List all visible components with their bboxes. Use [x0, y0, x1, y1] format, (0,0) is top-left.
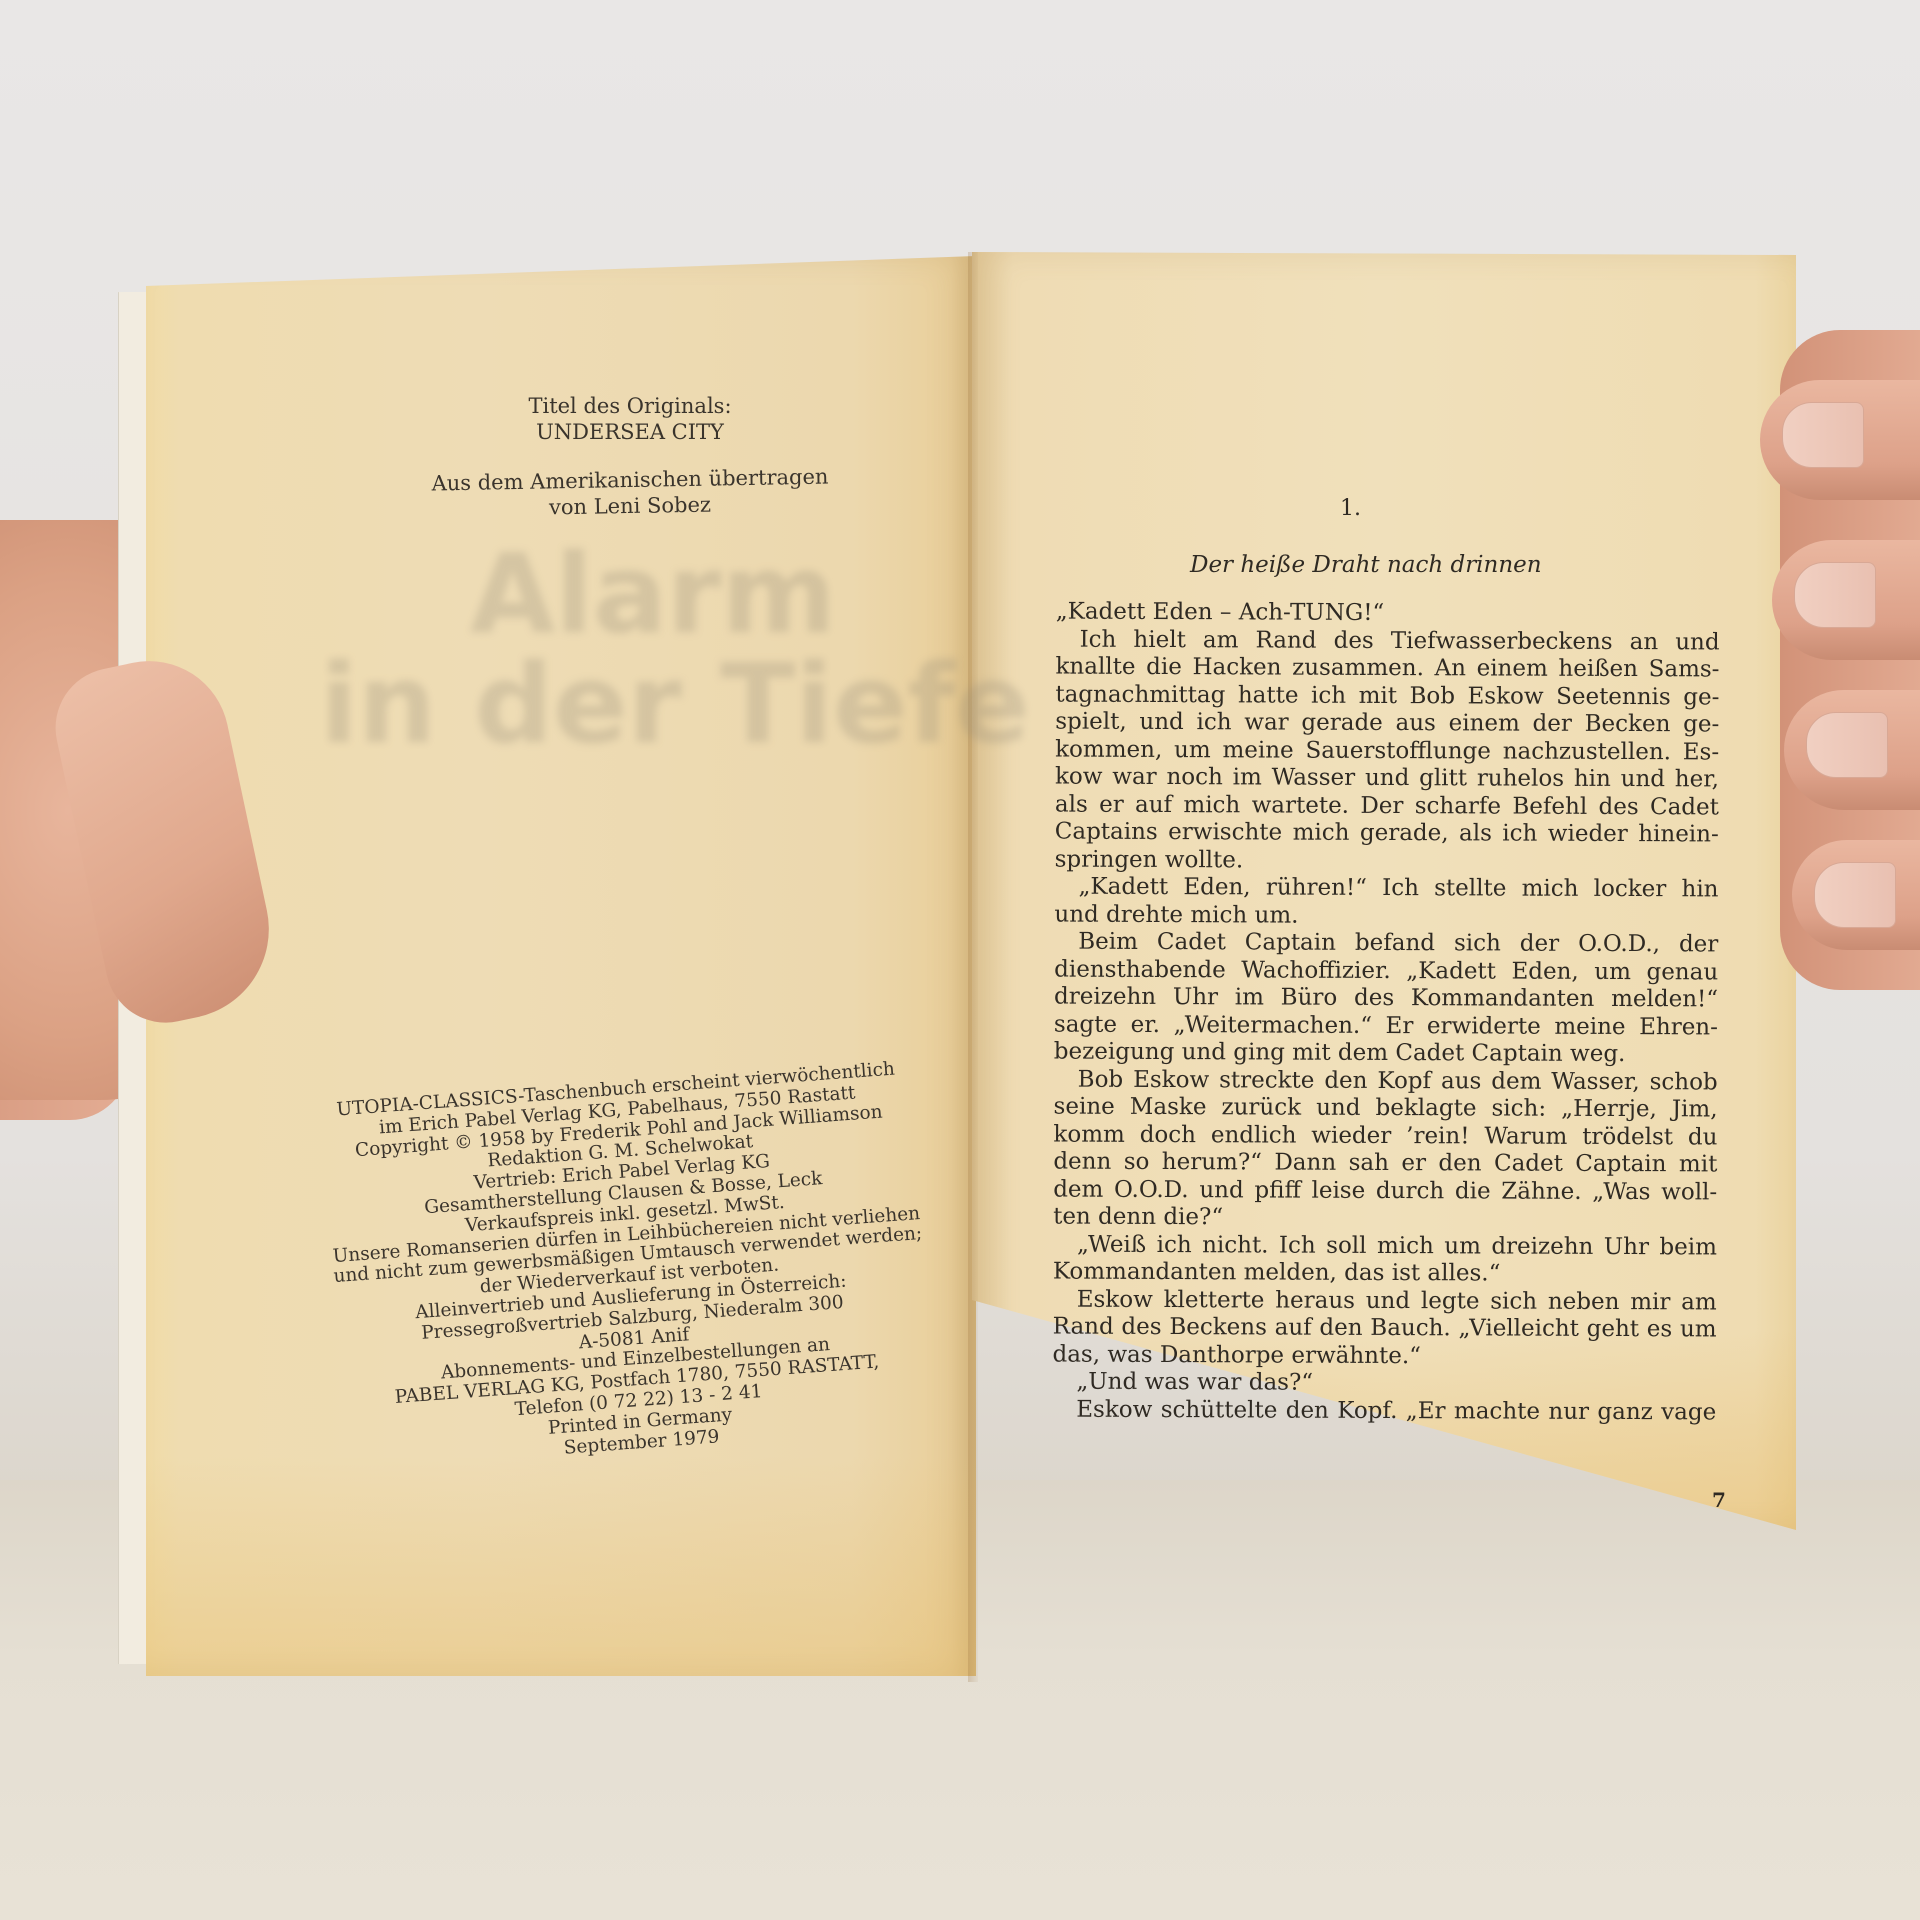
- right-middle-finger: [1772, 540, 1920, 660]
- fingernail: [1794, 562, 1876, 628]
- body-line: ten denn die?“: [1053, 1204, 1717, 1234]
- body-line: knallte die Hacken zusammen. An einem he…: [1055, 654, 1719, 684]
- imprint-block: UTOPIA-CLASSICS-Taschenbuch erscheint vi…: [286, 1056, 972, 1478]
- body-line: Bob Eskow streckte den Kopf aus dem Wass…: [1054, 1066, 1718, 1096]
- body-line: Captains erwischte mich gerade, als ich …: [1055, 819, 1719, 849]
- body-line: „Kadett Eden – Ach-TUNG!“: [1056, 599, 1720, 629]
- original-title-label: Titel des Originals:: [380, 392, 880, 420]
- body-line: komm doch endlich wieder ’rein! Warum tr…: [1053, 1121, 1717, 1151]
- body-line: „Und was war das?“: [1052, 1369, 1716, 1399]
- body-line: dreizehn Uhr im Büro des Kommandanten me…: [1054, 984, 1718, 1014]
- body-line: als er auf mich wartete. Der scharfe Bef…: [1055, 791, 1719, 821]
- page-number: 7: [1712, 1488, 1726, 1512]
- right-little-finger: [1792, 840, 1920, 950]
- body-line: und drehte mich um.: [1054, 901, 1718, 931]
- body-line: „Kadett Eden, rühren!“ Ich stellte mich …: [1054, 874, 1718, 904]
- body-line: tagnachmittag hatte ich mit Bob Eskow Se…: [1055, 681, 1719, 711]
- body-line: diensthabende Wachoffizier. „Kadett Eden…: [1054, 956, 1718, 986]
- body-line: Kommandanten melden, das ist alles.“: [1053, 1259, 1717, 1289]
- right-ring-finger: [1784, 690, 1920, 810]
- right-index-finger: [1760, 380, 1920, 500]
- body-line: spielt, und ich war gerade aus einem der…: [1055, 709, 1719, 739]
- fingernail: [1814, 862, 1896, 928]
- body-line: Rand des Beckens auf den Bauch. „Viellei…: [1053, 1314, 1717, 1344]
- chapter-title: Der heiße Draht nach drinnen: [1190, 552, 1542, 578]
- body-line: Eskow kletterte heraus und legte sich ne…: [1053, 1286, 1717, 1316]
- body-line: dem O.O.D. und pfiff leise durch die Zäh…: [1053, 1176, 1717, 1206]
- body-line: seine Maske zurück und beklagte sich: „H…: [1054, 1094, 1718, 1124]
- body-line: Beim Cadet Captain befand sich der O.O.D…: [1054, 929, 1718, 959]
- fingernail: [1806, 712, 1888, 778]
- fingernail: [1782, 402, 1864, 468]
- book-gutter: [968, 252, 978, 1682]
- chapter-body-text: „Kadett Eden – Ach-TUNG!“Ich hielt am Ra…: [1052, 599, 1720, 1427]
- body-line: bezeigung und ging mit dem Cadet Captain…: [1054, 1039, 1718, 1069]
- show-through-title-line-2: in der Tiefe: [320, 640, 1030, 768]
- body-line: „Weiß ich nicht. Ich soll mich um dreize…: [1053, 1231, 1717, 1261]
- body-line: sagte er. „Weitermachen.“ Er erwiderte m…: [1054, 1011, 1718, 1041]
- original-title: UNDERSEA CITY: [380, 418, 880, 446]
- show-through-title-line-1: Alarm: [470, 530, 836, 658]
- body-line: Ich hielt am Rand des Tiefwasserbeckens …: [1056, 626, 1720, 656]
- body-line: das, was Danthorpe erwähnte.“: [1052, 1341, 1716, 1371]
- body-line: springen wollte.: [1055, 846, 1719, 876]
- chapter-number: 1.: [1340, 496, 1361, 521]
- body-line: kow war noch im Wasser und glitt ruhelos…: [1055, 764, 1719, 794]
- body-line: kommen, um meine Sauerstofflunge nachzus…: [1055, 736, 1719, 766]
- body-line: Eskow schüttelte den Kopf. „Er machte nu…: [1052, 1396, 1716, 1426]
- body-line: denn so herum?“ Dann sah er den Cadet Ca…: [1053, 1149, 1717, 1179]
